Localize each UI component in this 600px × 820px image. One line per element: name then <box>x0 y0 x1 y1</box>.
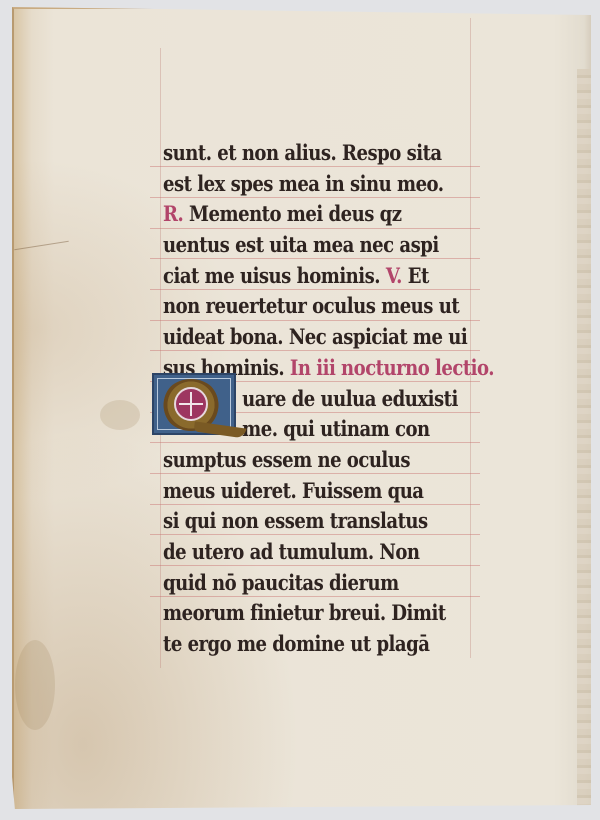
text-line: meorum finietur breui. Dimit <box>163 598 438 629</box>
text-line: te ergo me domine ut plagā <box>163 629 438 660</box>
stain <box>100 400 140 430</box>
text-line: uentus est uita mea nec aspi <box>163 230 438 261</box>
ruling-line-left <box>160 48 161 668</box>
deckled-edge <box>577 69 591 809</box>
text-line: est lex spes mea in sinu meo. <box>163 169 438 200</box>
cross-roundel-icon <box>174 387 208 421</box>
text-line: sunt. et non alius. Respo sita <box>163 138 438 169</box>
text-line: uideat bona. Nec aspiciat me ui <box>163 322 438 353</box>
rubric-versicle-mark: V. <box>380 263 402 288</box>
text-line: meus uideret. Fuissem qua <box>163 476 438 507</box>
text-line: R. Memento mei deus qz <box>163 199 438 230</box>
text-line: de utero ad tumulum. Non <box>163 537 438 568</box>
text-line: ciat me uisus hominis. V. Et <box>163 261 438 292</box>
stain <box>15 640 55 730</box>
text-line: non reuertetur oculus meus ut <box>163 291 438 322</box>
illuminated-initial-q <box>152 373 236 435</box>
rubric-response-mark: R. <box>163 201 183 226</box>
text-line: sumptus essem ne oculus <box>163 445 438 476</box>
rubric-heading: In iii nocturno lectio. <box>284 355 494 380</box>
text-line: si qui non essem translatus <box>163 506 438 537</box>
text-line: quid nō paucitas dierum <box>163 568 438 599</box>
